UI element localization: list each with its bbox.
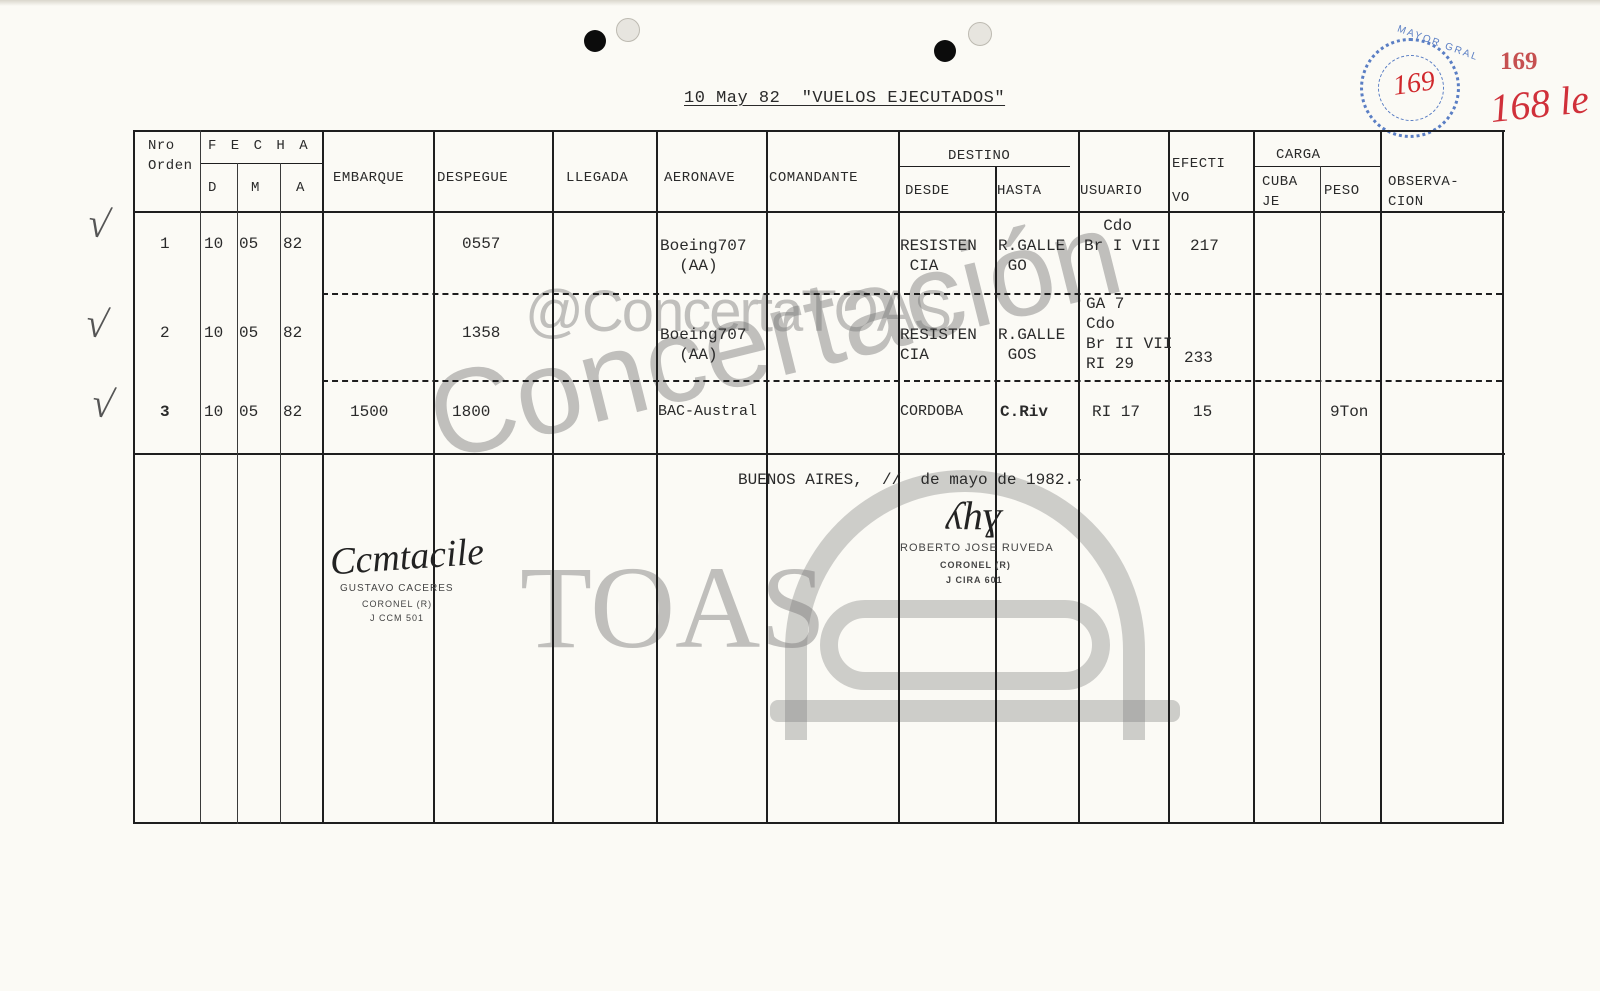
punch-hole [584,30,606,52]
signature-left: Ccmtacile [329,530,486,585]
cell-m: 05 [239,402,258,422]
header-carga: CARGA [1276,145,1321,165]
rows-bottom-border [133,453,1505,455]
table-top-border [133,130,1505,132]
signer-right-rank: CORONEL (R) [940,560,1011,570]
cell-d: 10 [204,402,223,422]
header-aeronave: AERONAVE [664,168,735,188]
header-desde: DESDE [905,181,950,201]
header-fecha-m: M [251,178,260,198]
page-title: 10 May 82 "VUELOS EJECUTADOS" [684,89,1005,108]
header-cubaje: CUBA JE [1262,172,1298,212]
signer-left-unit: J CCM 501 [370,613,424,623]
punch-hole [616,18,640,42]
signature-right: ʎhɣ [945,492,1002,539]
carga-divider [1253,166,1380,167]
cell-aeronave: Boeing707 (AA) [660,236,746,276]
header-embarque: EMBARQUE [333,168,404,188]
cell-peso: 9Ton [1330,402,1368,422]
punch-hole [968,22,992,46]
col-line [1502,130,1504,824]
col-line [552,130,554,824]
folio-handwritten-in-stamp: 169 [1391,65,1437,103]
row-divider [322,380,1502,382]
cell-efectivo: 217 [1190,236,1219,256]
cell-desde: RESISTEN CIA [900,325,977,365]
header-comandante: COMANDANTE [769,168,858,188]
cell-nro: 1 [160,234,170,254]
fecha-divider [200,163,322,164]
header-hasta: HASTA [997,181,1042,201]
cell-hasta: R.GALLE GOS [998,325,1065,365]
cell-usuario: GA 7 Cdo Br II VII RI 29 [1086,294,1172,374]
cell-nro: 2 [160,323,170,343]
col-line [656,130,658,824]
place-date-line: BUENOS AIRES, // de mayo de 1982.- [738,470,1084,490]
header-usuario: USUARIO [1080,181,1142,201]
col-line [1168,130,1170,824]
destino-divider [898,166,1070,167]
header-llegada: LLEGADA [566,168,628,188]
folio-printed: 169 [1500,48,1538,76]
col-line [237,163,238,824]
col-line [280,163,281,824]
signer-right-name: ROBERTO JOSE RUVEDA [900,542,1054,554]
cell-d: 10 [204,234,223,254]
row-divider [322,293,1502,295]
col-line [1253,130,1255,824]
check-mark-icon: √ [82,298,112,348]
punch-hole [934,40,956,62]
cell-m: 05 [239,234,258,254]
folio-handwritten: 168 le [1488,75,1591,132]
cell-a: 82 [283,323,302,343]
cell-despegue: 0557 [462,234,500,254]
header-fecha-a: A [296,178,305,198]
cell-m: 05 [239,323,258,343]
cell-aeronave: BAC-Austral [658,402,757,422]
header-nro-orden: Nro Orden [148,136,193,176]
header-fecha: F E C H A [208,136,311,156]
signer-right-unit: J CIRA 601 [946,575,1003,585]
cell-hasta: R.GALLE GO [998,236,1065,276]
cell-a: 82 [283,234,302,254]
signer-left-name: GUSTAVO CACERES [340,583,454,594]
cell-nro: 3 [160,402,170,422]
col-line [200,130,201,824]
col-line [322,130,324,824]
cell-efectivo: 15 [1193,402,1212,422]
header-peso: PESO [1324,181,1360,201]
cell-aeronave: Boeing707 (AA) [660,325,746,365]
header-efectivo: EFECTI VO [1172,147,1225,215]
watermark-helmet-brim [770,700,1180,722]
col-line [1380,130,1382,824]
header-destino: DESTINO [948,146,1010,166]
table-bottom-border [133,822,1503,824]
check-mark-icon: √ [88,378,118,428]
header-fecha-d: D [208,178,217,198]
cell-efectivo: 233 [1184,348,1213,368]
check-mark-icon: √ [84,198,114,248]
col-line [433,130,435,824]
watermark-toas: TOAS [520,540,826,676]
header-despegue: DESPEGUE [437,168,508,188]
header-bottom-border [133,211,1505,213]
document-page: MAYOR GRAL 169 169 168 le 10 May 82 "VUE… [0,0,1600,991]
cell-hasta: C.Riv [1000,402,1048,422]
cell-embarque: 1500 [350,402,388,422]
scan-top-edge [0,0,1600,6]
cell-despegue: 1358 [462,323,500,343]
header-observacion: OBSERVA- CION [1388,172,1459,212]
cell-despegue: 1800 [452,402,490,422]
col-line [133,130,135,824]
cell-a: 82 [283,402,302,422]
cell-usuario: Cdo Br I VII [1084,216,1161,256]
col-line [1320,166,1321,824]
cell-desde: CORDOBA [900,402,963,422]
watermark-goggle-icon [820,600,1110,690]
signer-left-rank: CORONEL (R) [362,599,432,609]
cell-desde: RESISTEN CIA [900,236,977,276]
cell-usuario: RI 17 [1092,402,1140,422]
cell-d: 10 [204,323,223,343]
